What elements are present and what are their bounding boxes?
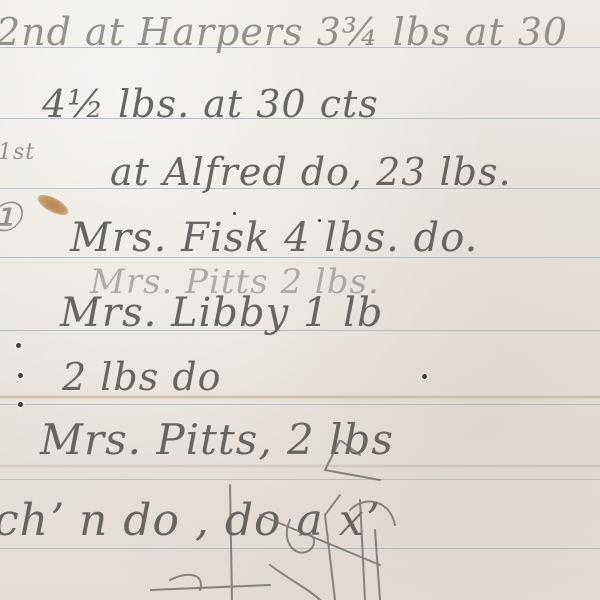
pin-hole <box>16 343 21 348</box>
handwritten-line-1: 2nd at Harpers 3¾ lbs at 30 <box>0 10 568 54</box>
handwritten-line-2: 4½ lbs. at 30 cts <box>42 82 379 126</box>
handwritten-line-4: Mrs. Fisk 4 lbs. do. <box>70 215 478 261</box>
pin-hole <box>18 373 23 378</box>
handwritten-line-7: 2 lbs do <box>62 355 222 399</box>
ruled-line <box>0 404 600 405</box>
handwritten-ledger-page: ① 2nd at Harpers 3¾ lbs at 30 4½ lbs. at… <box>0 0 600 600</box>
handwritten-line-3: at Alfred do, 23 lbs. <box>110 150 512 194</box>
rust-stain <box>35 191 72 219</box>
pin-hole <box>422 374 427 379</box>
handwritten-line-6: Mrs. Libby 1 lb <box>60 290 383 336</box>
pin-hole <box>18 402 23 407</box>
margin-circle-mark: ① <box>0 195 22 241</box>
pencil-sketch-doodle <box>150 440 410 600</box>
handwritten-line-3-prefix: 1st <box>0 140 35 165</box>
